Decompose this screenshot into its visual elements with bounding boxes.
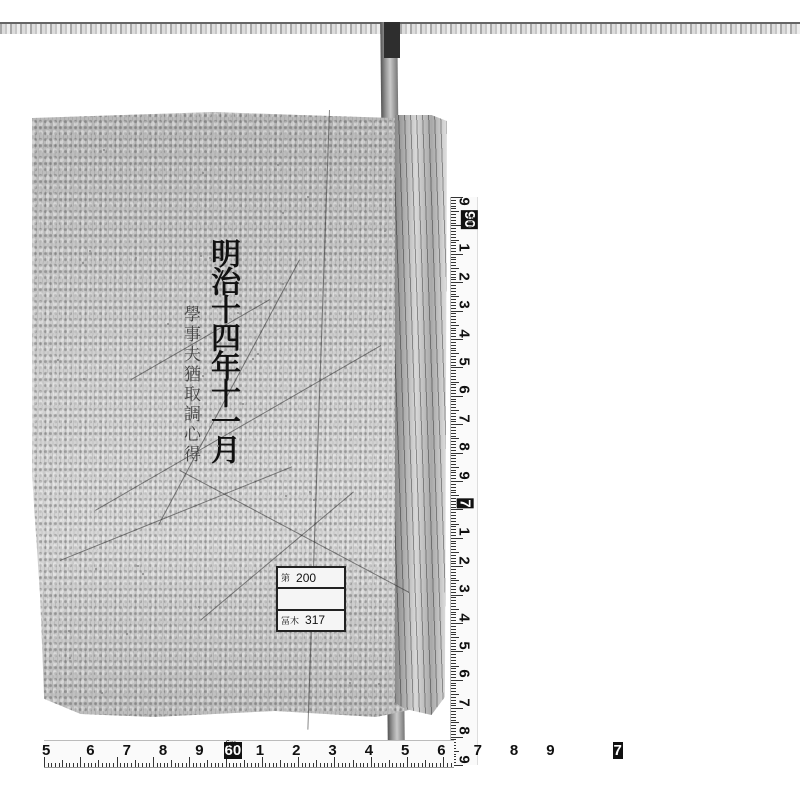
ruler-digit: 8 [456, 443, 473, 451]
ruler-tick [171, 760, 172, 767]
scan-speck [82, 262, 84, 264]
ruler-tick [451, 509, 463, 510]
ruler-tick [451, 211, 459, 212]
ruler-tick [451, 600, 456, 601]
ruler-digit: 6 [86, 742, 94, 759]
ruler-tick [269, 763, 270, 767]
ruler-tick [338, 763, 339, 767]
catalog-label: 第 200 冨木 317 [276, 566, 346, 632]
ruler-tick [284, 763, 285, 767]
ruler-tick [51, 763, 52, 767]
ruler-tick [451, 455, 456, 456]
ruler-tick [451, 538, 463, 539]
ruler-tick [451, 688, 456, 689]
ruler-tick [451, 373, 456, 374]
ruler-tick [135, 760, 136, 767]
ruler-tick [451, 717, 456, 718]
ruler-digit: 9 [456, 471, 473, 479]
ruler-tick [451, 339, 463, 340]
scan-speck [242, 403, 244, 405]
ruler-tick [280, 760, 281, 767]
ruler-tick [186, 763, 187, 767]
ruler-tick [451, 461, 456, 462]
ruler-end-marker: 7 [613, 742, 623, 759]
ruler-tick [451, 427, 456, 428]
ruler-tick [193, 763, 194, 767]
ruler-tick [182, 763, 183, 767]
ruler-tick [451, 597, 456, 598]
ruler-tick [378, 763, 379, 767]
ruler-tick [451, 433, 456, 434]
ruler-tick [451, 401, 456, 402]
scan-speck [89, 250, 91, 252]
ruler-tick [175, 763, 176, 767]
ruler-tick [451, 367, 463, 368]
ruler-tick [451, 288, 456, 289]
ruler-tick [451, 265, 456, 266]
ruler-tick [146, 763, 147, 767]
ruler-tick [215, 763, 216, 767]
collection-number: 317 [305, 613, 325, 627]
ruler-tick [451, 353, 459, 354]
ruler-digit: 8 [456, 727, 473, 735]
ruler-tick [451, 722, 459, 723]
ruler-tick [356, 763, 357, 767]
ruler-tick [451, 632, 456, 633]
ruler-tick [367, 763, 368, 767]
ruler-tick [451, 254, 463, 255]
ruler-tick [389, 760, 390, 767]
ruler-tick [451, 214, 456, 215]
ruler-tick [451, 626, 456, 627]
ruler-tick [451, 484, 456, 485]
ruler-tick [451, 651, 463, 652]
ruler-tick [451, 259, 456, 260]
scan-speck [282, 283, 284, 285]
ruler-tick [218, 763, 219, 767]
ruler-tick [400, 763, 401, 767]
ruler-tick [451, 634, 456, 635]
ruler-tick [451, 566, 463, 567]
ruler-tick [451, 521, 456, 522]
ruler-tick [451, 507, 456, 508]
ruler-tick [451, 342, 456, 343]
ruler-tick [422, 763, 423, 767]
catalog-label-row-collection: 冨木 317 [278, 611, 344, 630]
document-subtitle: 學事夫猶取調心得 [178, 305, 203, 465]
ruler-tick [451, 504, 456, 505]
ruler-digit: 8 [159, 742, 167, 759]
ruler-digit: 7 [474, 742, 482, 759]
ruler-tick [451, 515, 456, 516]
binding-strap-clip [384, 22, 400, 58]
ruler-tick [95, 763, 96, 767]
ruler-tick [451, 438, 459, 439]
ruler-tick [451, 666, 459, 667]
ruler-tick [309, 763, 310, 767]
ruler-tick [451, 348, 456, 349]
ruler-tick [451, 319, 456, 320]
ruler-tick [331, 763, 332, 767]
ruler-digit: 3 [456, 301, 473, 309]
ruler-tick [451, 595, 463, 596]
ruler-tick [287, 763, 288, 767]
ruler-tick [451, 660, 456, 661]
ruler-tick [451, 501, 456, 502]
ruler-tick [451, 543, 456, 544]
scanner-edge-band [0, 22, 800, 34]
ruler-tick [327, 763, 328, 767]
ruler-digit: 2 [292, 742, 300, 759]
ruler-tick [106, 763, 107, 767]
ruler-tick [447, 763, 448, 767]
ruler-tick [77, 763, 78, 767]
ruler-tick [55, 763, 56, 767]
ruler-tick [451, 370, 456, 371]
ruler-tick [451, 552, 459, 553]
ruler-tick [451, 572, 456, 573]
ruler-tick [196, 763, 197, 767]
scan-speck [217, 445, 219, 447]
ruler-tick [98, 760, 99, 767]
ruler-digit: 4 [456, 329, 473, 337]
ruler-tick [414, 763, 415, 767]
ruler-tick [157, 763, 158, 767]
ruler-tick [418, 763, 419, 767]
ruler-tick [236, 763, 237, 767]
scan-speck [378, 683, 380, 685]
ruler-digit: 2 [456, 272, 473, 280]
ruler-tick [240, 763, 241, 767]
ruler-tick [451, 223, 456, 224]
ruler-digit: 5 [456, 357, 473, 365]
ruler-tick [251, 763, 252, 767]
ruler-digit: 7 [456, 698, 473, 706]
ruler-tick [451, 763, 452, 767]
ruler-unit-label: 6m [226, 739, 237, 748]
ruler-tick [124, 763, 125, 767]
ruler-tick [451, 237, 456, 238]
ruler-tick [451, 629, 456, 630]
document-spine-edge [395, 115, 447, 715]
ruler-tick [153, 757, 154, 767]
scan-speck [349, 682, 351, 684]
ruler-tick [244, 760, 245, 767]
ruler-tick [451, 691, 456, 692]
ruler-tick [451, 467, 459, 468]
ruler-tick [160, 763, 161, 767]
ruler-tick [451, 685, 456, 686]
ruler-tick [142, 763, 143, 767]
ruler-tick [451, 376, 456, 377]
ruler-tick [451, 208, 456, 209]
ruler-tick [265, 763, 266, 767]
ruler-tick [403, 763, 404, 767]
ruler-tick [451, 569, 456, 570]
ruler-tick [440, 763, 441, 767]
scan-speck [282, 212, 284, 214]
scan-speck [198, 408, 200, 410]
ruler-tick [167, 763, 168, 767]
ruler-tick [451, 453, 463, 454]
ruler-tick [451, 575, 456, 576]
ruler-unit-label: 6m [466, 216, 475, 227]
ruler-tick [127, 763, 128, 767]
scan-speck [374, 619, 376, 621]
ruler-tick [211, 763, 212, 767]
ruler-tick [451, 407, 456, 408]
ruler-tick [451, 512, 456, 513]
ruler-tick [451, 228, 456, 229]
ruler-digit: 6 [437, 742, 445, 759]
ruler-tick [451, 257, 456, 258]
ruler-tick [451, 410, 459, 411]
ruler-digit: 4 [456, 613, 473, 621]
ruler-tick [451, 541, 456, 542]
ruler-tick [273, 763, 274, 767]
ruler-tick [62, 760, 63, 767]
catalog-label-row-blank [278, 589, 344, 610]
ruler-tick [411, 763, 412, 767]
ruler-tick [451, 720, 456, 721]
ruler-digit: 9 [456, 755, 473, 763]
ruler-tick [233, 763, 234, 767]
collection-key: 冨木 [281, 614, 299, 627]
ruler-tick [320, 763, 321, 767]
ruler-tick [131, 763, 132, 767]
ruler-digit: 6 [456, 670, 473, 678]
ruler-tick [451, 262, 456, 263]
ruler-tick [294, 763, 295, 767]
ruler-tick [66, 763, 67, 767]
ruler-tick [204, 763, 205, 767]
ruler-tick [451, 609, 459, 610]
ruler-digit: 7 [456, 414, 473, 422]
ruler-tick [255, 763, 256, 767]
scan-speck [200, 414, 202, 416]
ruler-tick [451, 711, 456, 712]
ruler-tick [451, 313, 456, 314]
ruler-tick [451, 325, 459, 326]
ruler-tick [382, 763, 383, 767]
document-title: 明治十四年十一月 [205, 238, 239, 462]
ruler-tick [451, 492, 456, 493]
ruler-tick [102, 763, 103, 767]
ruler-tick [451, 322, 456, 323]
ruler-tick [451, 487, 456, 488]
ruler-tick [451, 296, 459, 297]
ruler-tick [451, 603, 456, 604]
ruler-tick [451, 396, 463, 397]
ruler-tick [451, 234, 456, 235]
ruler-digit: 1 [256, 742, 264, 759]
scan-speck [69, 657, 71, 659]
ruler-tick [48, 763, 49, 767]
ruler-tick [178, 763, 179, 767]
ruler-tick [305, 763, 306, 767]
ruler-tick [451, 404, 456, 405]
ruler-digit: 9 [546, 742, 554, 759]
ruler-digit: 6 [456, 386, 473, 394]
ruler-tick [451, 623, 463, 624]
ruler-tick [451, 399, 456, 400]
ruler-tick [451, 464, 456, 465]
ruler-tick [353, 760, 354, 767]
ruler-tick [345, 763, 346, 767]
ruler-tick [363, 763, 364, 767]
ruler-tick [436, 763, 437, 767]
ruler-tick [451, 240, 459, 241]
ruler-tick [451, 663, 456, 664]
ruler-tick [451, 495, 459, 496]
ruler-tick [451, 345, 456, 346]
ruler-tick [451, 436, 456, 437]
ruler-tick [91, 763, 92, 767]
ruler-tick [451, 546, 456, 547]
ruler-tick [69, 763, 70, 767]
ruler-tick [291, 763, 292, 767]
ruler-tick [451, 291, 456, 292]
ruler-digit: 9 [195, 742, 203, 759]
vertical-measuring-ruler: 99012345678971234567896m [450, 197, 478, 765]
ruler-digit: 1 [456, 528, 473, 536]
scan-speck [167, 323, 169, 325]
ruler-tick [451, 680, 463, 681]
ruler-tick [451, 424, 463, 425]
scan-speck [126, 633, 128, 635]
ruler-tick [258, 763, 259, 767]
ruler-tick [349, 763, 350, 767]
ruler-tick [360, 763, 361, 767]
ruler-tick [392, 763, 393, 767]
ruler-tick [451, 524, 459, 525]
ruler-tick [451, 316, 456, 317]
ruler-tick [396, 763, 397, 767]
ruler-tick [229, 763, 230, 767]
ruler-tick [84, 763, 85, 767]
ruler-tick [164, 763, 165, 767]
ruler-digit: 4 [365, 742, 373, 759]
ruler-tick [342, 763, 343, 767]
ruler-tick [451, 294, 456, 295]
ruler-tick [302, 763, 303, 767]
ruler-tick [451, 311, 463, 312]
ruler-tick [324, 763, 325, 767]
ruler-digit: 2 [456, 556, 473, 564]
ruler-tick [113, 763, 114, 767]
ruler-digit: 1 [456, 244, 473, 252]
ruler-tick [432, 763, 433, 767]
ruler-tick [451, 637, 459, 638]
ruler-tick [451, 498, 456, 499]
catalog-label-row-number: 第 200 [278, 568, 344, 589]
catalog-number: 200 [296, 571, 316, 585]
ruler-tick [120, 763, 121, 767]
ruler-label: 9 [456, 197, 473, 205]
ruler-tick [451, 350, 456, 351]
ruler-tick [451, 458, 456, 459]
ruler-tick [451, 580, 459, 581]
ruler-tick [451, 231, 456, 232]
ruler-tick [276, 763, 277, 767]
ruler-tick [451, 379, 456, 380]
scan-speck [313, 499, 315, 501]
ruler-tick [59, 763, 60, 767]
ruler-tick [451, 657, 456, 658]
ruler-tick [149, 763, 150, 767]
ruler-tick [451, 382, 459, 383]
ruler-digit: 5 [401, 742, 409, 759]
ruler-tick [200, 763, 201, 767]
ruler-tick [451, 737, 463, 738]
ruler-tick [451, 578, 456, 579]
ruler-tick [451, 694, 459, 695]
ruler-digit: 5 [42, 742, 50, 759]
ruler-tick [88, 763, 89, 767]
ruler-marker: 7 [457, 498, 474, 508]
ruler-tick [451, 606, 456, 607]
ruler-tick [313, 763, 314, 767]
ruler-tick [374, 763, 375, 767]
ruler-tick [451, 714, 456, 715]
ruler-tick [138, 763, 139, 767]
ruler-tick [451, 481, 463, 482]
ruler-tick [425, 760, 426, 767]
ruler-tick [80, 757, 81, 767]
ruler-tick [189, 757, 190, 767]
ruler-digit: 5 [456, 641, 473, 649]
ruler-tick [451, 654, 456, 655]
ruler-tick [451, 268, 459, 269]
ruler-tick [451, 220, 456, 221]
ruler-tick [222, 763, 223, 767]
ruler-tick [109, 763, 110, 767]
ruler-tick [385, 763, 386, 767]
ruler-tick [316, 760, 317, 767]
ruler-tick [451, 217, 456, 218]
ruler-tick [451, 490, 456, 491]
ruler-tick [451, 683, 456, 684]
ruler-tick [451, 549, 456, 550]
catalog-label-key: 第 [281, 571, 290, 584]
ruler-tick [117, 757, 118, 767]
ruler-tick [207, 760, 208, 767]
ruler-tick [451, 708, 463, 709]
ruler-tick [247, 763, 248, 767]
scan-speck [384, 230, 386, 232]
horizontal-measuring-ruler: 567896012345678976m [44, 740, 454, 768]
ruler-tick [451, 285, 456, 286]
ruler-digit: 7 [123, 742, 131, 759]
ruler-tick [451, 430, 456, 431]
ruler-tick [73, 763, 74, 767]
scan-speck [237, 312, 239, 314]
ruler-tick [451, 282, 463, 283]
ruler-digit: 3 [328, 742, 336, 759]
ruler-digit: 8 [510, 742, 518, 759]
ruler-tick [429, 763, 430, 767]
ruler-digit: 3 [456, 585, 473, 593]
ruler-tick [451, 518, 456, 519]
